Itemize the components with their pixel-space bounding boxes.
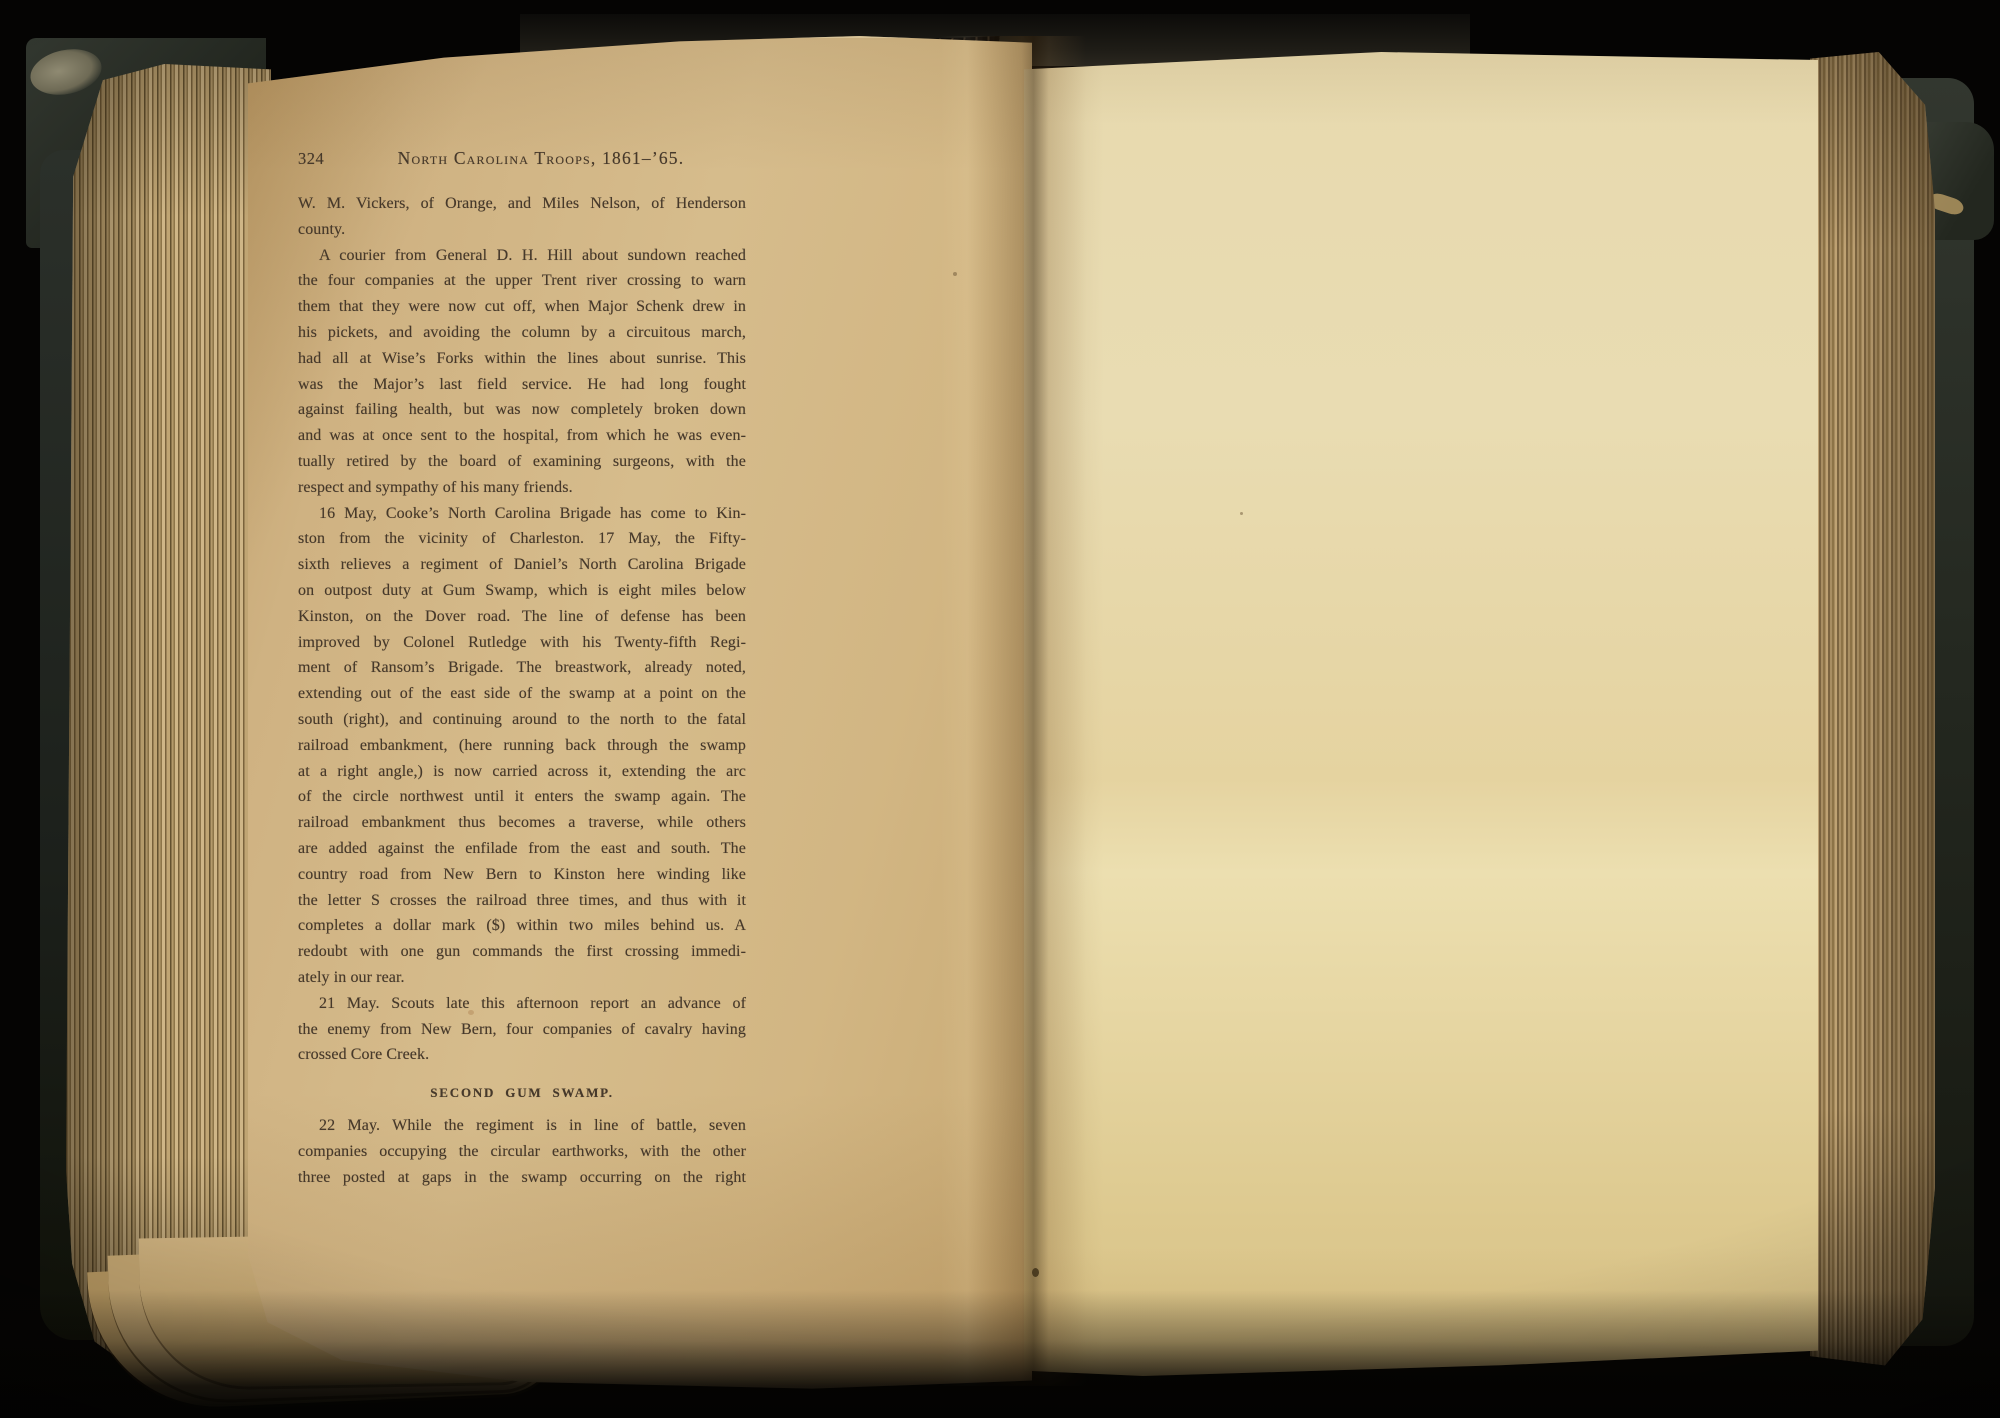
text-line: tually retired by the board of examining… xyxy=(298,449,746,475)
page-header: 324 North Carolina Troops, 1861–’65. xyxy=(298,148,746,169)
right-page-edge-fan xyxy=(1810,52,1935,1372)
text-line: respect and sympathy of his many friends… xyxy=(298,475,746,501)
paragraph: 22 May. While the regiment is in line of… xyxy=(298,1113,746,1190)
text-line: three posted at gaps in the swamp occurr… xyxy=(298,1165,746,1191)
paragraph: 16 May, Cooke’s North Carolina Brigade h… xyxy=(298,501,746,991)
text-line: A courier from General D. H. Hill about … xyxy=(298,243,746,269)
text-line: companies occupying the circular earthwo… xyxy=(298,1139,746,1165)
text-line: extending out of the east side of the sw… xyxy=(298,681,746,707)
page-speck xyxy=(1240,512,1243,515)
text-line: 16 May, Cooke’s North Carolina Brigade h… xyxy=(298,501,746,527)
photo-of-open-book: { "page": { "number": "324", "running_ti… xyxy=(0,0,2000,1418)
text-line: the four companies at the upper Trent ri… xyxy=(298,268,746,294)
text-line: ment of Ransom’s Brigade. The breastwork… xyxy=(298,655,746,681)
text-line: them that they were now cut off, when Ma… xyxy=(298,294,746,320)
text-line: at a right angle,) is now carried across… xyxy=(298,759,746,785)
text-line: crossed Core Creek. xyxy=(298,1042,746,1068)
text-line: sixth relieves a regiment of Daniel’s No… xyxy=(298,552,746,578)
running-title: North Carolina Troops, 1861–’65. xyxy=(362,148,746,169)
section-heading: SECOND GUM SWAMP. xyxy=(298,1085,746,1101)
text-line: redoubt with one gun commands the first … xyxy=(298,939,746,965)
left-page: 324 North Carolina Troops, 1861–’65. W. … xyxy=(248,36,1032,1390)
text-line: had all at Wise’s Forks within the lines… xyxy=(298,346,746,372)
text-line: Kinston, on the Dover road. The line of … xyxy=(298,604,746,630)
text-line: ston from the vicinity of Charleston. 17… xyxy=(298,526,746,552)
right-page-blank xyxy=(1024,44,1818,1380)
text-line: railroad embankment, (here running back … xyxy=(298,733,746,759)
text-line: on outpost duty at Gum Swamp, which is e… xyxy=(298,578,746,604)
text-line: are added against the enfilade from the … xyxy=(298,836,746,862)
text-line: the letter S crosses the railroad three … xyxy=(298,888,746,914)
text-line: 22 May. While the regiment is in line of… xyxy=(298,1113,746,1139)
paragraph: 21 May. Scouts late this afternoon repor… xyxy=(298,991,746,1068)
text-line: his pickets, and avoiding the column by … xyxy=(298,320,746,346)
page-stain xyxy=(468,1010,474,1015)
printed-text-column: 324 North Carolina Troops, 1861–’65. W. … xyxy=(298,148,746,1190)
text-line: railroad embankment thus becomes a trave… xyxy=(298,810,746,836)
paragraph: W. M. Vickers, of Orange, and Miles Nels… xyxy=(298,191,746,243)
page-speck xyxy=(1032,1268,1039,1277)
page-speck xyxy=(953,272,957,276)
text-line: ately in our rear. xyxy=(298,965,746,991)
text-line: and was at once sent to the hospital, fr… xyxy=(298,423,746,449)
text-line: the enemy from New Bern, four companies … xyxy=(298,1017,746,1043)
text-line: against failing health, but was now comp… xyxy=(298,397,746,423)
page-number: 324 xyxy=(298,149,362,169)
text-line: W. M. Vickers, of Orange, and Miles Nels… xyxy=(298,191,746,217)
text-line: county. xyxy=(298,217,746,243)
text-line: was the Major’s last field service. He h… xyxy=(298,372,746,398)
text-line: south (right), and continuing around to … xyxy=(298,707,746,733)
text-line: country road from New Bern to Kinston he… xyxy=(298,862,746,888)
text-line: of the circle northwest until it enters … xyxy=(298,784,746,810)
text-line: completes a dollar mark ($) within two m… xyxy=(298,913,746,939)
paragraph: A courier from General D. H. Hill about … xyxy=(298,243,746,501)
left-page-edge-fan xyxy=(66,56,271,1398)
text-line: 21 May. Scouts late this afternoon repor… xyxy=(298,991,746,1017)
text-line: improved by Colonel Rutledge with his Tw… xyxy=(298,630,746,656)
